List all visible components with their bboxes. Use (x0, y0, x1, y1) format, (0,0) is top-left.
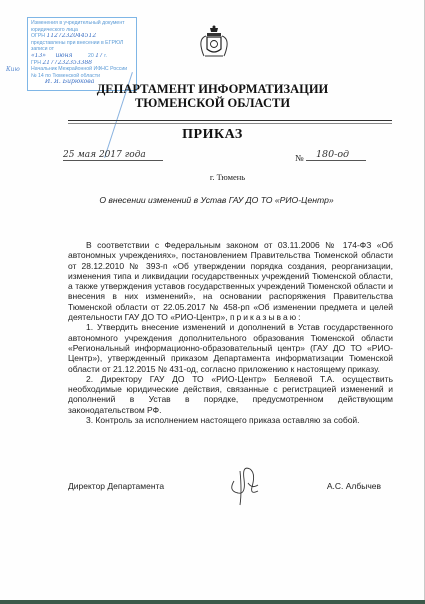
number-label: № (295, 153, 304, 163)
handwritten-signature-icon (226, 461, 266, 506)
department-line-2: ТЮМЕНСКОЙ ОБЛАСТИ (95, 96, 330, 110)
order-subject: О внесении изменений в Устав ГАУ ДО ТО «… (0, 195, 425, 205)
stamp-year-prefix: 20 (88, 53, 94, 59)
preamble: В соответствии с Федеральным законом от … (68, 240, 393, 322)
ogrn-label: ОГРН (31, 33, 45, 39)
order-item: 1. Утвердить внесение изменений и дополн… (68, 322, 393, 373)
grn-label: ГРН (31, 60, 41, 66)
order-body: В соответствии с Федеральным законом от … (68, 240, 393, 425)
stamp-line: № 14 по Тюменской области (31, 73, 133, 80)
registration-stamp: Изменения в учредительный документ юриди… (27, 17, 137, 91)
department-name: ДЕПАРТАМЕНТ ИНФОРМАТИЗАЦИИ ТЮМЕНСКОЙ ОБЛ… (95, 82, 330, 110)
ogrn-value: 1127232044512 (47, 33, 97, 39)
stamp-side-note: Кию (6, 66, 20, 73)
stamp-day: «13» (31, 53, 46, 59)
coat-of-arms-icon (197, 24, 231, 64)
stamp-line: представлены при внесении в ЕГРЮЛ (31, 40, 133, 47)
stamp-month: июня (55, 53, 72, 59)
stamp-date: «13» июня 20 17 г. (31, 53, 133, 60)
signer-title: Директор Департамента (68, 481, 164, 491)
stamp-year-unit: г. (104, 53, 107, 59)
document-type: ПРИКАЗ (0, 127, 425, 143)
stamp-line: Начальник Межрайонной ИФНС России (31, 66, 133, 73)
order-word: приказываю: (230, 312, 303, 322)
order-item: 2. Директору ГАУ ДО ТО «РИО-Центр» Беляе… (68, 374, 393, 415)
order-number: 180-од (306, 149, 366, 161)
city: г. Тюмень (0, 172, 425, 182)
order-item: 3. Контроль за исполнением настоящего пр… (68, 415, 393, 425)
stamp-line: юридического лица (31, 27, 133, 34)
preamble-text: В соответствии с Федеральным законом от … (68, 240, 393, 322)
stamp-ogrn: ОГРН 1127232044512 (31, 33, 133, 40)
header-rule (68, 120, 392, 121)
department-line-1: ДЕПАРТАМЕНТ ИНФОРМАТИЗАЦИИ (95, 82, 330, 96)
stamp-line: Изменения в учредительный документ (31, 20, 133, 27)
header-rule-thin (68, 123, 392, 124)
stamp-grn: ГРН 2177232353388 (31, 60, 133, 67)
order-date: 25 мая 2017 года (63, 150, 163, 161)
stamp-year-suffix: 17 (95, 53, 103, 59)
desktop-background-strip (0, 600, 425, 604)
document-page: Изменения в учредительный документ юриди… (0, 0, 425, 600)
grn-value: 2177232353388 (42, 60, 92, 66)
stamp-line: записи от (31, 46, 133, 53)
signer-name: А.С. Албычев (327, 481, 381, 491)
